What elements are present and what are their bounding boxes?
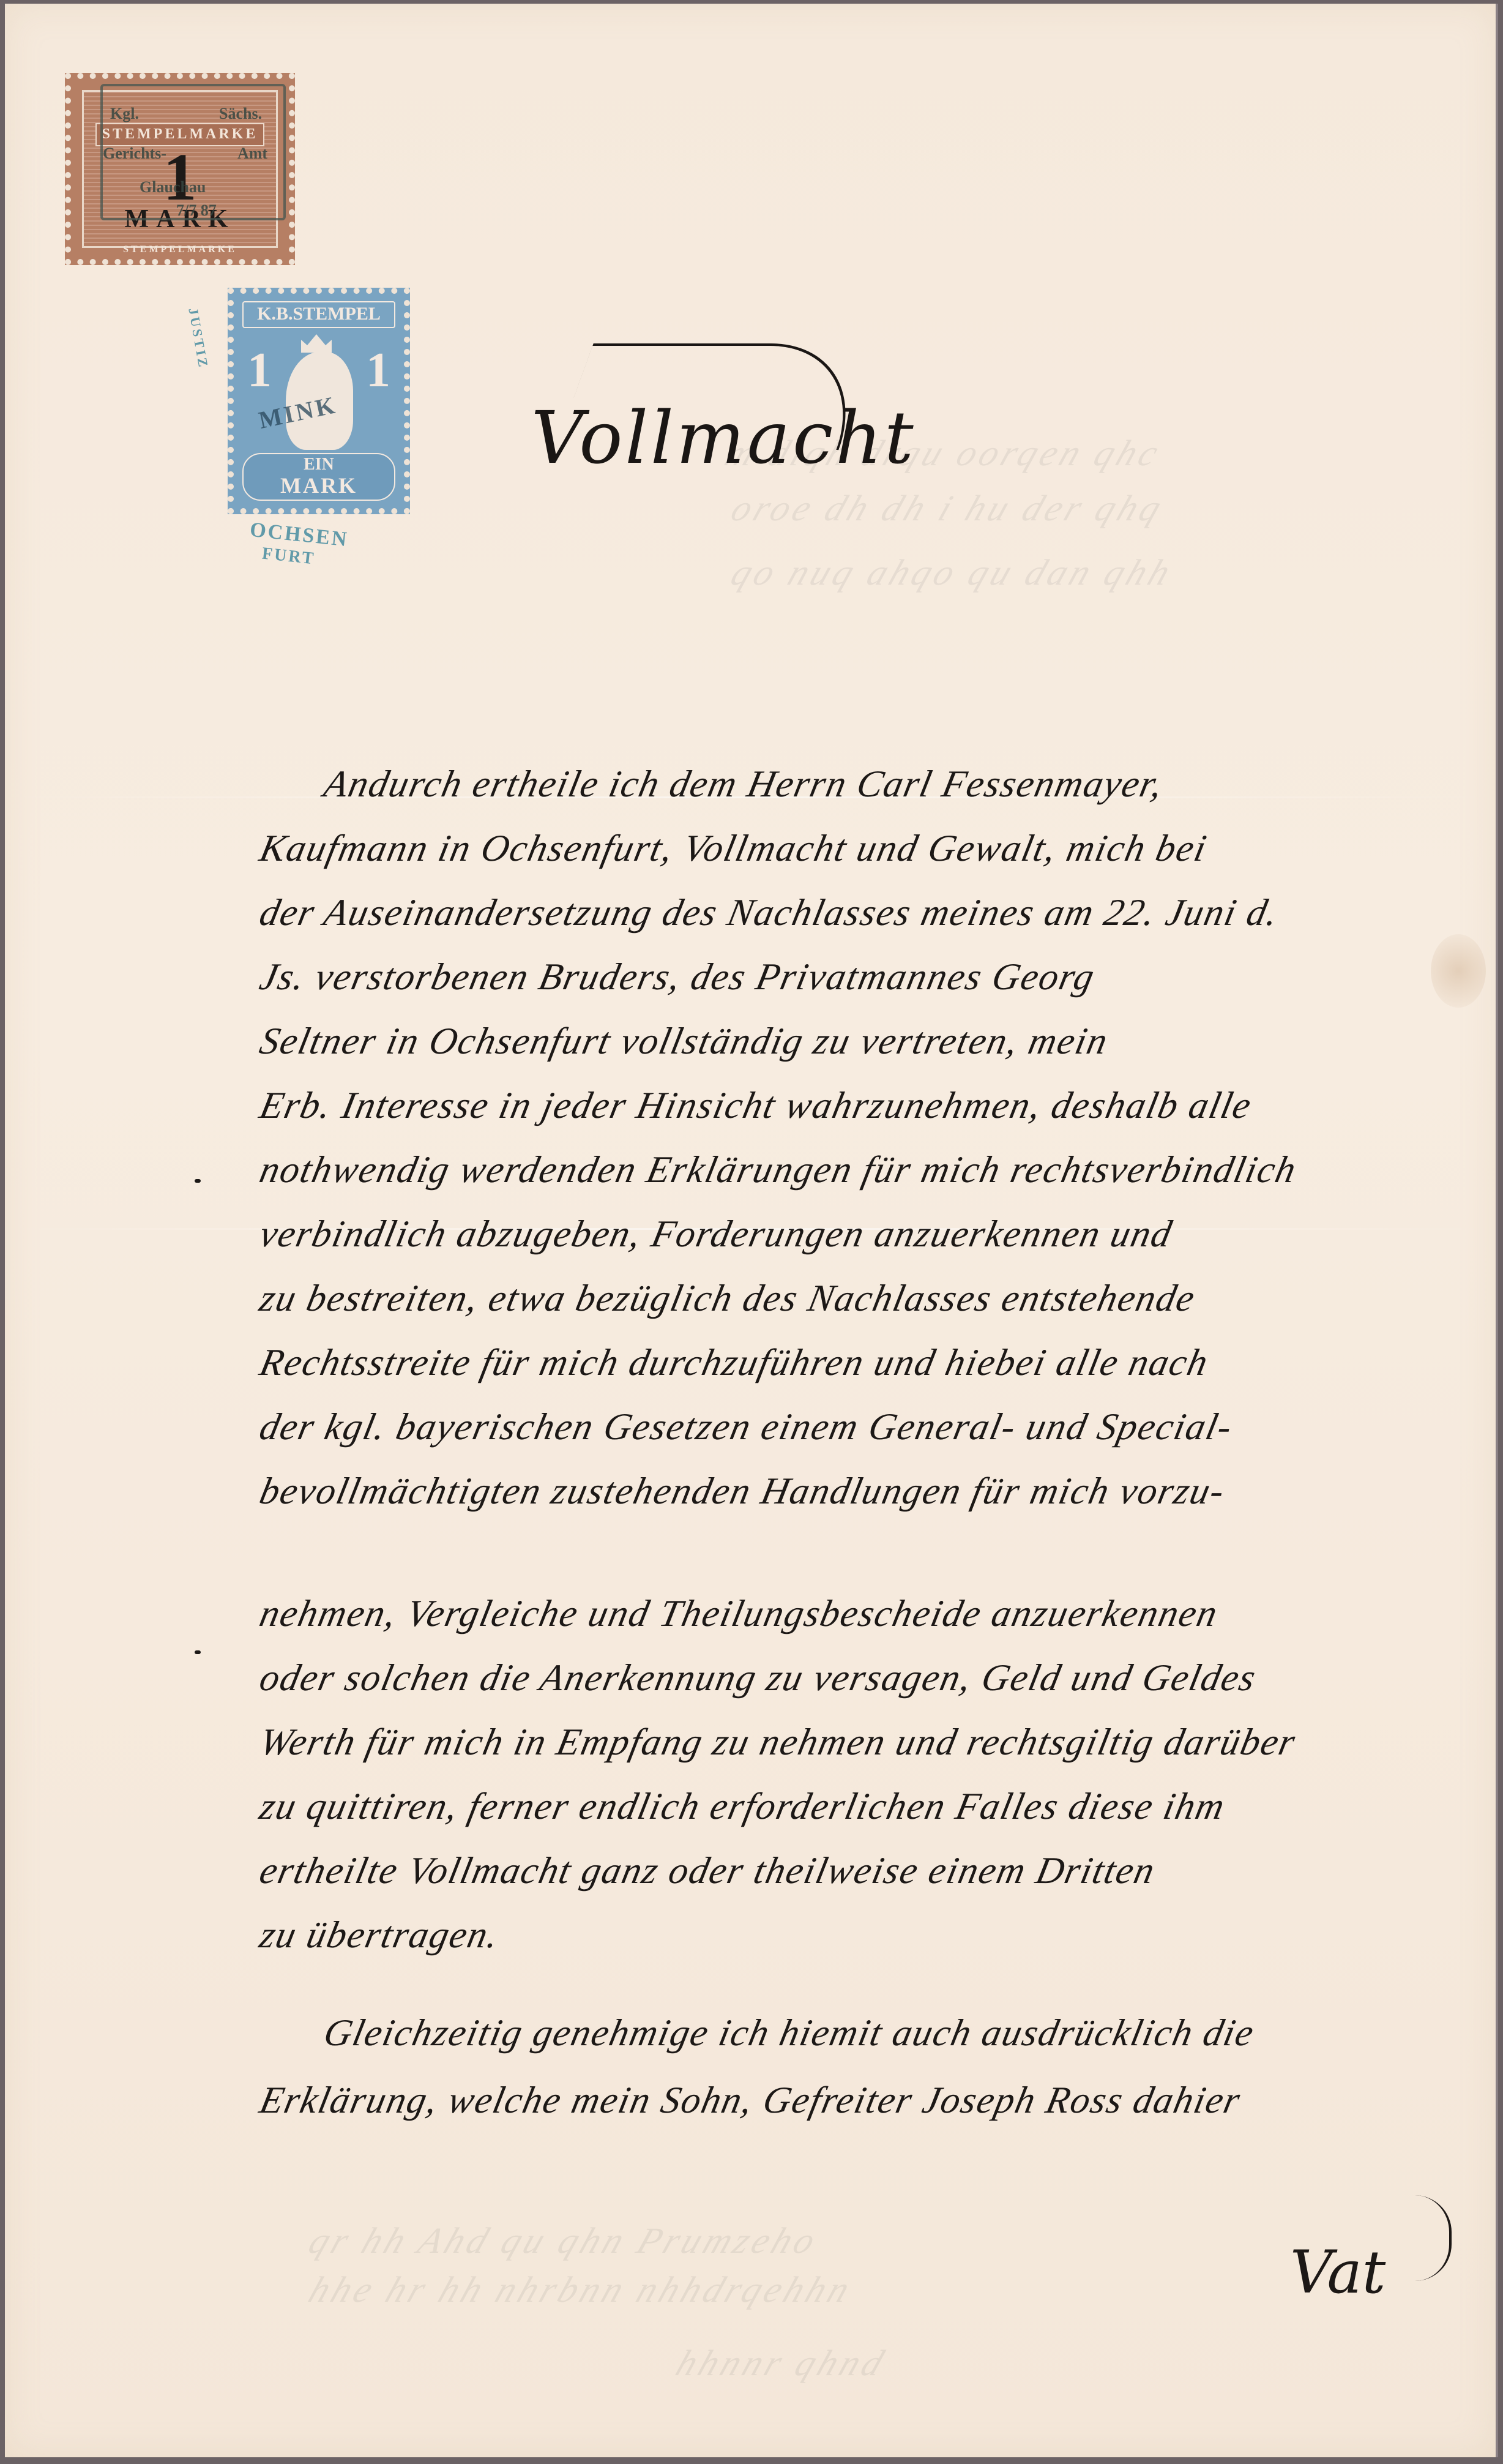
closing-line: Erklärung, welche mein Sohn, Gefreiter J… xyxy=(256,2079,1245,2122)
body-line: bevollmächtigten zustehenden Handlungen … xyxy=(256,1470,1229,1513)
stamp-value-right: 1 xyxy=(366,343,390,399)
bleed-through-text: qr hh Ahd qu qhn Prumzeho xyxy=(303,2220,824,2262)
body-line: zu quittiren, ferner endlich erforderlic… xyxy=(256,1785,1229,1829)
body-line: Kaufmann in Ochsenfurt, Vollmacht und Ge… xyxy=(256,827,1211,871)
revenue-stamp-kb-stempel: K.B.STEMPEL 1 1 MINK EIN MARK xyxy=(228,288,410,514)
cancel-place: Glauchau xyxy=(140,178,206,197)
body-line: verbindlich abzugeben, Forderungen anzue… xyxy=(256,1213,1176,1256)
signature-flourish xyxy=(1412,2195,1452,2281)
stamp-footer: EIN MARK xyxy=(242,453,395,501)
body-line: oder solchen die Anerkennung zu versagen… xyxy=(256,1657,1260,1700)
body-line: der kgl. bayerischen Gesetzen einem Gene… xyxy=(256,1406,1237,1449)
revenue-stamp-stempelmarke: STEMPELMARKE 1 MARK STEMPELMARKE Kgl. Sä… xyxy=(65,73,295,265)
body-line: Js. verstorbenen Bruders, des Privatmann… xyxy=(256,956,1099,999)
body-line: Andurch ertheile ich dem Herrn Carl Fess… xyxy=(320,763,1168,806)
cancel-date: 7/7 87 xyxy=(176,201,217,220)
document-page: m diqh drqu oorqen qhc oroe dh dh i hu d… xyxy=(5,4,1498,2457)
body-line: zu bestreiten, etwa bezüglich des Nachla… xyxy=(256,1277,1199,1320)
bleed-through-text: oroe dh dh i hu der qhq xyxy=(725,487,1171,530)
stamp-value-left: 1 xyxy=(247,343,272,399)
stamp-bottom-label: STEMPELMARKE xyxy=(71,244,289,255)
cancel-text: Gerichts- xyxy=(103,144,166,163)
body-line: der Auseinandersetzung des Nachlasses me… xyxy=(256,891,1283,935)
cancel-text: Amt xyxy=(237,144,267,163)
bleed-through-text: hhnnr qhnd xyxy=(670,2342,892,2384)
stamp-footer-line1: EIN xyxy=(244,454,394,475)
body-line: Erb. Interesse in jeder Hinsicht wahrzun… xyxy=(256,1084,1256,1128)
margin-mark xyxy=(195,1650,201,1654)
postmark-arc-text: JUSTIZ xyxy=(185,307,211,370)
cancel-text: Sächs. xyxy=(219,105,262,123)
cancellation-box: Kgl. Sächs. Gerichts- Amt Glauchau 7/7 8… xyxy=(100,84,286,220)
bleed-through-text: qo nuq ahqo qu dan qhh xyxy=(725,552,1179,594)
stamp-header: K.B.STEMPEL xyxy=(242,301,395,328)
continuation-word: Vat xyxy=(1290,2238,1386,2307)
body-line: nehmen, Vergleiche und Theilungsbescheid… xyxy=(256,1592,1222,1636)
stamp-footer-line2: MARK xyxy=(244,475,394,496)
closing-line: Gleichzeitig genehmige ich hiemit auch a… xyxy=(320,2012,1258,2055)
body-line: zu übertragen. xyxy=(256,1914,504,1957)
crown-icon xyxy=(301,334,332,353)
body-line: Werth für mich in Empfang zu nehmen und … xyxy=(256,1721,1300,1764)
margin-mark xyxy=(195,1179,201,1183)
bleed-through-text: hhe hr hh nhrbnn nhhdrqehhn xyxy=(303,2269,859,2311)
cancel-text: Kgl. xyxy=(110,105,139,123)
office-postmark: JUSTIZ OCHSEN FURT xyxy=(207,515,354,637)
body-line: Rechtsstreite für mich durchzuführen und… xyxy=(256,1341,1212,1385)
body-line: nothwendig werdenden Erklärungen für mic… xyxy=(256,1148,1300,1192)
document-title: Vollmacht xyxy=(531,395,916,480)
body-line: ertheilte Vollmacht ganz oder theilweise… xyxy=(256,1849,1159,1893)
body-line: Seltner in Ochsenfurt vollständig zu ver… xyxy=(256,1020,1113,1063)
foxing-stain xyxy=(1431,934,1486,1008)
